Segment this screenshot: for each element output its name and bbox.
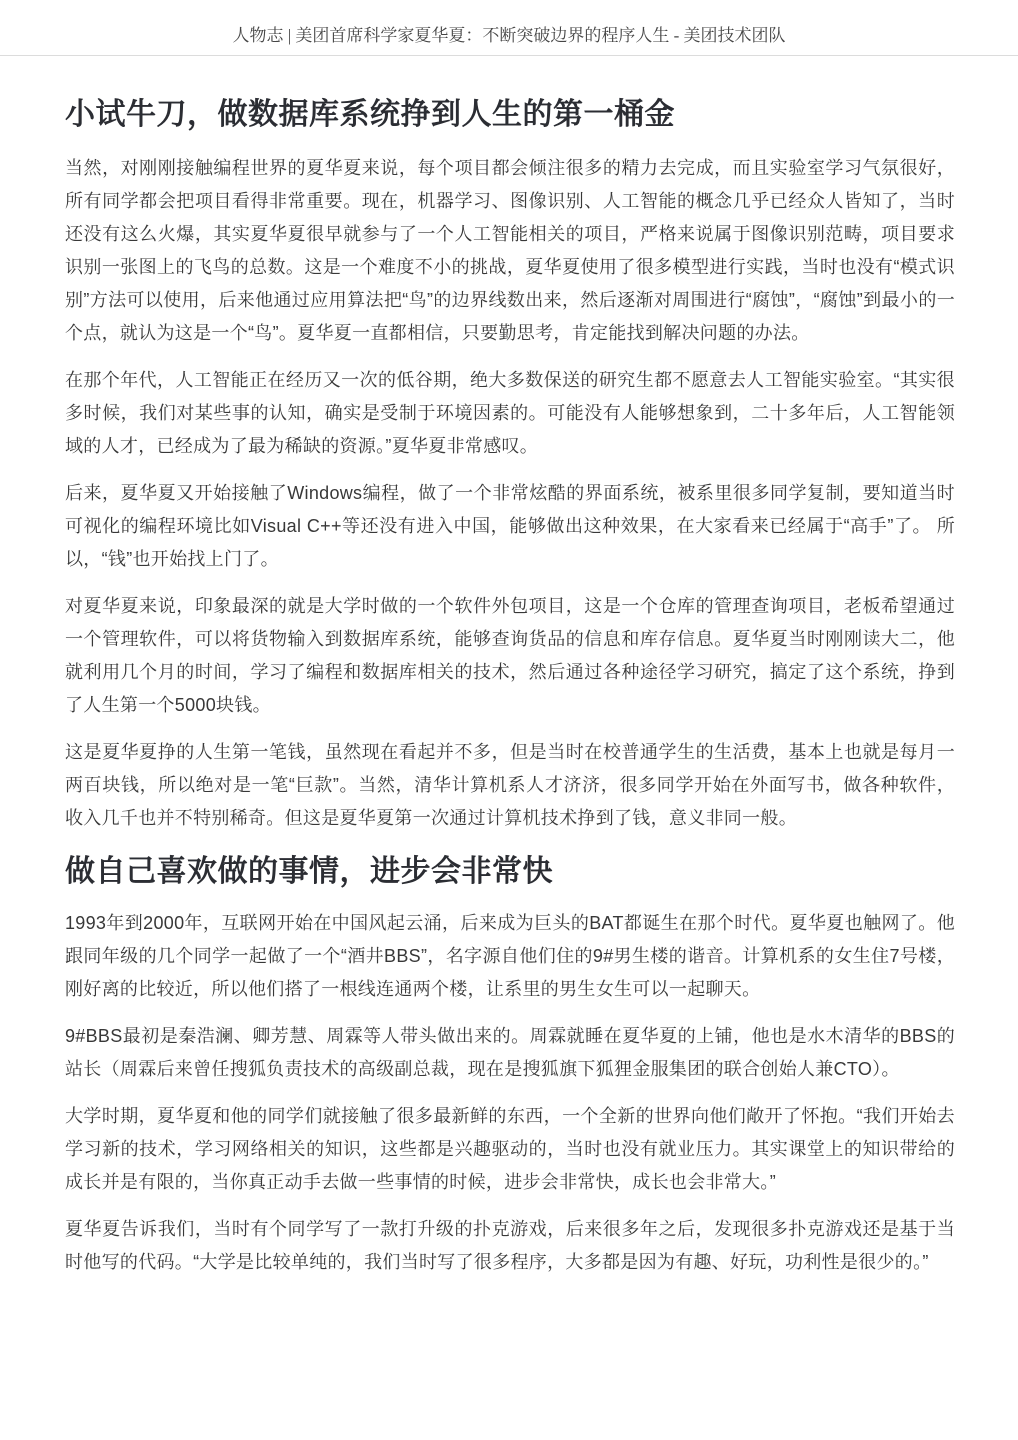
print-header-title: 人物志 | 美团首席科学家夏华夏：不断突破边界的程序人生 - 美团技术团队 (20, 26, 998, 46)
paragraph: 1993年到2000年，互联网开始在中国风起云涌，后来成为巨头的BAT都诞生在那… (65, 907, 955, 1006)
paragraph: 对夏华夏来说，印象最深的就是大学时做的一个软件外包项目，这是一个仓库的管理查询项… (65, 590, 955, 722)
paragraph: 夏华夏告诉我们，当时有个同学写了一款打升级的扑克游戏，后来很多年之后，发现很多扑… (65, 1213, 955, 1279)
article-content: 小试牛刀，做数据库系统挣到人生的第一桶金 当然，对刚刚接触编程世界的夏华夏来说，… (0, 94, 1018, 1353)
section-do-what-you-love: 做自己喜欢做的事情，进步会非常快 1993年到2000年，互联网开始在中国风起云… (65, 851, 955, 1279)
section-heading: 做自己喜欢做的事情，进步会非常快 (65, 851, 955, 893)
header-divider (0, 55, 1018, 56)
paragraph: 这是夏华夏挣的人生第一笔钱，虽然现在看起并不多，但是当时在校普通学生的生活费，基… (65, 736, 955, 835)
section-heading: 小试牛刀，做数据库系统挣到人生的第一桶金 (65, 94, 955, 136)
paragraph: 当然，对刚刚接触编程世界的夏华夏来说，每个项目都会倾注很多的精力去完成，而且实验… (65, 152, 955, 350)
print-header: 人物志 | 美团首席科学家夏华夏：不断突破边界的程序人生 - 美团技术团队 (0, 0, 1018, 55)
paragraph: 在那个年代，人工智能正在经历又一次的低谷期，绝大多数保送的研究生都不愿意去人工智… (65, 364, 955, 463)
article-page: 人物志 | 美团首席科学家夏华夏：不断突破边界的程序人生 - 美团技术团队 小试… (0, 0, 1018, 1440)
section-first-bucket-of-gold: 小试牛刀，做数据库系统挣到人生的第一桶金 当然，对刚刚接触编程世界的夏华夏来说，… (65, 94, 955, 835)
paragraph: 9#BBS最初是秦浩澜、卿芳慧、周霖等人带头做出来的。周霖就睡在夏华夏的上铺，他… (65, 1020, 955, 1086)
paragraph: 后来，夏华夏又开始接触了Windows编程，做了一个非常炫酷的界面系统，被系里很… (65, 477, 955, 576)
paragraph: 大学时期，夏华夏和他的同学们就接触了很多最新鲜的东西，一个全新的世界向他们敞开了… (65, 1100, 955, 1199)
